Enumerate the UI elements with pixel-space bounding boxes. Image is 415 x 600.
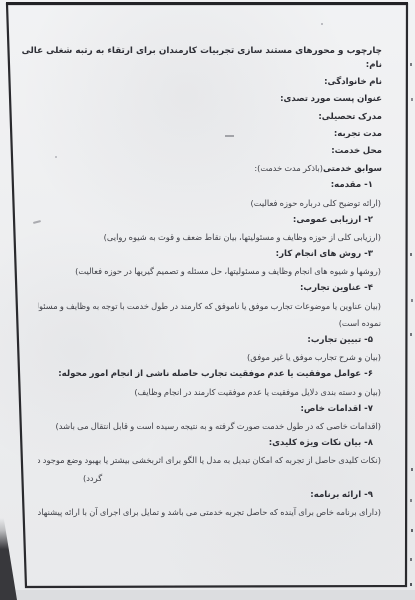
section-number: ۹- [364,490,373,500]
section-number: ۳- [364,249,373,259]
document-title: چارچوب و محورهای مستند سازی تجربیات کارم… [38,46,382,56]
page-edge-marks [410,0,412,3]
section-description-text: (بیان عناوین یا موضوعات تجارب موفق یا نا… [38,301,381,311]
section-description-line: (نکات کلیدی حاصل از تجربه که امکان تبدیل… [38,452,382,469]
form-field-line: نام: [38,57,382,74]
section-title: بیان نکات ویژه کلیدی: [269,438,361,448]
section-title: عوامل موفقیت یا عدم موفقیت تجارب حاصله ن… [58,369,361,379]
section-heading: ۵-تبیین تجارب: [38,332,382,349]
form-field-line: سوابق خدمتی(باذکر مدت خدمت): [38,160,382,177]
section-number: ۶- [364,369,373,379]
section-heading: ۱-مقدمه: [38,177,382,194]
section-description-line: (بیان و شرح تجارب موفق یا غیر موفق) [38,349,382,366]
section-heading: ۸-بیان نکات ویژه کلیدی: [38,435,382,452]
section-heading: ۴-عناوین تجارب: [38,280,382,297]
section-description-line: (اقدامات خاصی که در طول خدمت صورت گرفته … [38,418,382,435]
section-description-text: (دارای برنامه خاص برای آینده که حاصل تجر… [38,507,381,517]
section-description-line: (روشها و شیوه های انجام وظایف و مسئولیته… [38,263,382,280]
section-description-line: (دارای برنامه خاص برای آینده که حاصل تجر… [38,504,382,521]
section-description-line: (بیان عناوین یا موضوعات تجارب موفق یا نا… [38,298,382,315]
field-label: نام خانوادگی: [324,77,382,87]
section-description-line: (ارائه توضیح کلی درباره حوزه فعالیت) [38,195,382,212]
section-description-text: (ارزیابی کلی از حوزه وظایف و مسئولیتها، … [104,232,381,242]
section-title: روش های انجام کار: [276,249,362,259]
field-label: نام: [366,60,382,70]
section-description-line: نموده است) [38,315,382,332]
section-number: ۷- [364,404,373,414]
field-label-suffix: (باذکر مدت خدمت): [254,163,323,173]
section-number: ۸- [364,438,373,448]
form-field-line: عنوان پست مورد تصدی: [38,91,382,108]
section-heading: ۹-ارائه برنامه: [38,487,382,504]
section-heading: ۷-اقدامات خاص: [38,401,382,418]
section-number: ۲- [364,215,373,225]
section-heading: ۶-عوامل موفقیت یا عدم موفقیت تجارب حاصله… [38,366,382,383]
section-description-text: گردد) [83,473,102,483]
section-number: ۱- [364,180,373,190]
section-description-line: (ارزیابی کلی از حوزه وظایف و مسئولیتها، … [38,229,382,246]
section-title: مقدمه: [331,180,361,190]
section-title: تبیین تجارب: [307,335,361,345]
section-description-text: (ارائه توضیح کلی درباره حوزه فعالیت) [251,198,381,208]
field-label: سوابق خدمتی [323,164,382,174]
field-label: محل خدمت: [331,146,382,156]
section-title: عناوین تجارب: [300,283,361,293]
section-title: ارائه برنامه: [310,490,361,500]
section-heading: ۳-روش های انجام کار: [38,246,382,263]
document-lines: نام:نام خانوادگی:عنوان پست مورد تصدی:مدر… [38,57,382,586]
section-description-text: نموده است) [339,318,381,328]
field-label: عنوان پست مورد تصدی: [280,94,382,104]
section-description-line: گردد) [38,470,382,487]
section-description-text: (اقدامات خاصی که در طول خدمت صورت گرفته … [56,421,381,431]
section-number: ۴- [364,283,373,293]
scanned-page: چارچوب و محورهای مستند سازی تجربیات کارم… [0,0,415,600]
section-number: ۵- [364,335,373,345]
form-field-line: محل خدمت: [38,143,382,160]
section-title: ارزیابی عمومی: [293,215,361,225]
section-title: اقدامات خاص: [300,404,361,414]
form-field-line: مدرک تحصیلی: [38,109,382,126]
form-field-line: مدت تجربه: [38,126,382,143]
section-heading: ۲-ارزیابی عمومی: [38,212,382,229]
section-description-text: (نکات کلیدی حاصل از تجربه که امکان تبدیل… [38,455,381,465]
section-description-line: (بیان و دسته بندی دلایل موفقیت یا عدم مو… [38,384,382,401]
section-description-text: (روشها و شیوه های انجام وظایف و مسئولیته… [75,266,381,276]
section-description-text: (بیان و دسته بندی دلایل موفقیت یا عدم مو… [134,387,381,397]
form-field-line: نام خانوادگی: [38,74,382,91]
section-description-text: (بیان و شرح تجارب موفق یا غیر موفق) [247,352,381,362]
noise-speck [321,23,323,25]
field-label: مدت تجربه: [334,129,382,139]
field-label: مدرک تحصیلی: [318,112,382,122]
